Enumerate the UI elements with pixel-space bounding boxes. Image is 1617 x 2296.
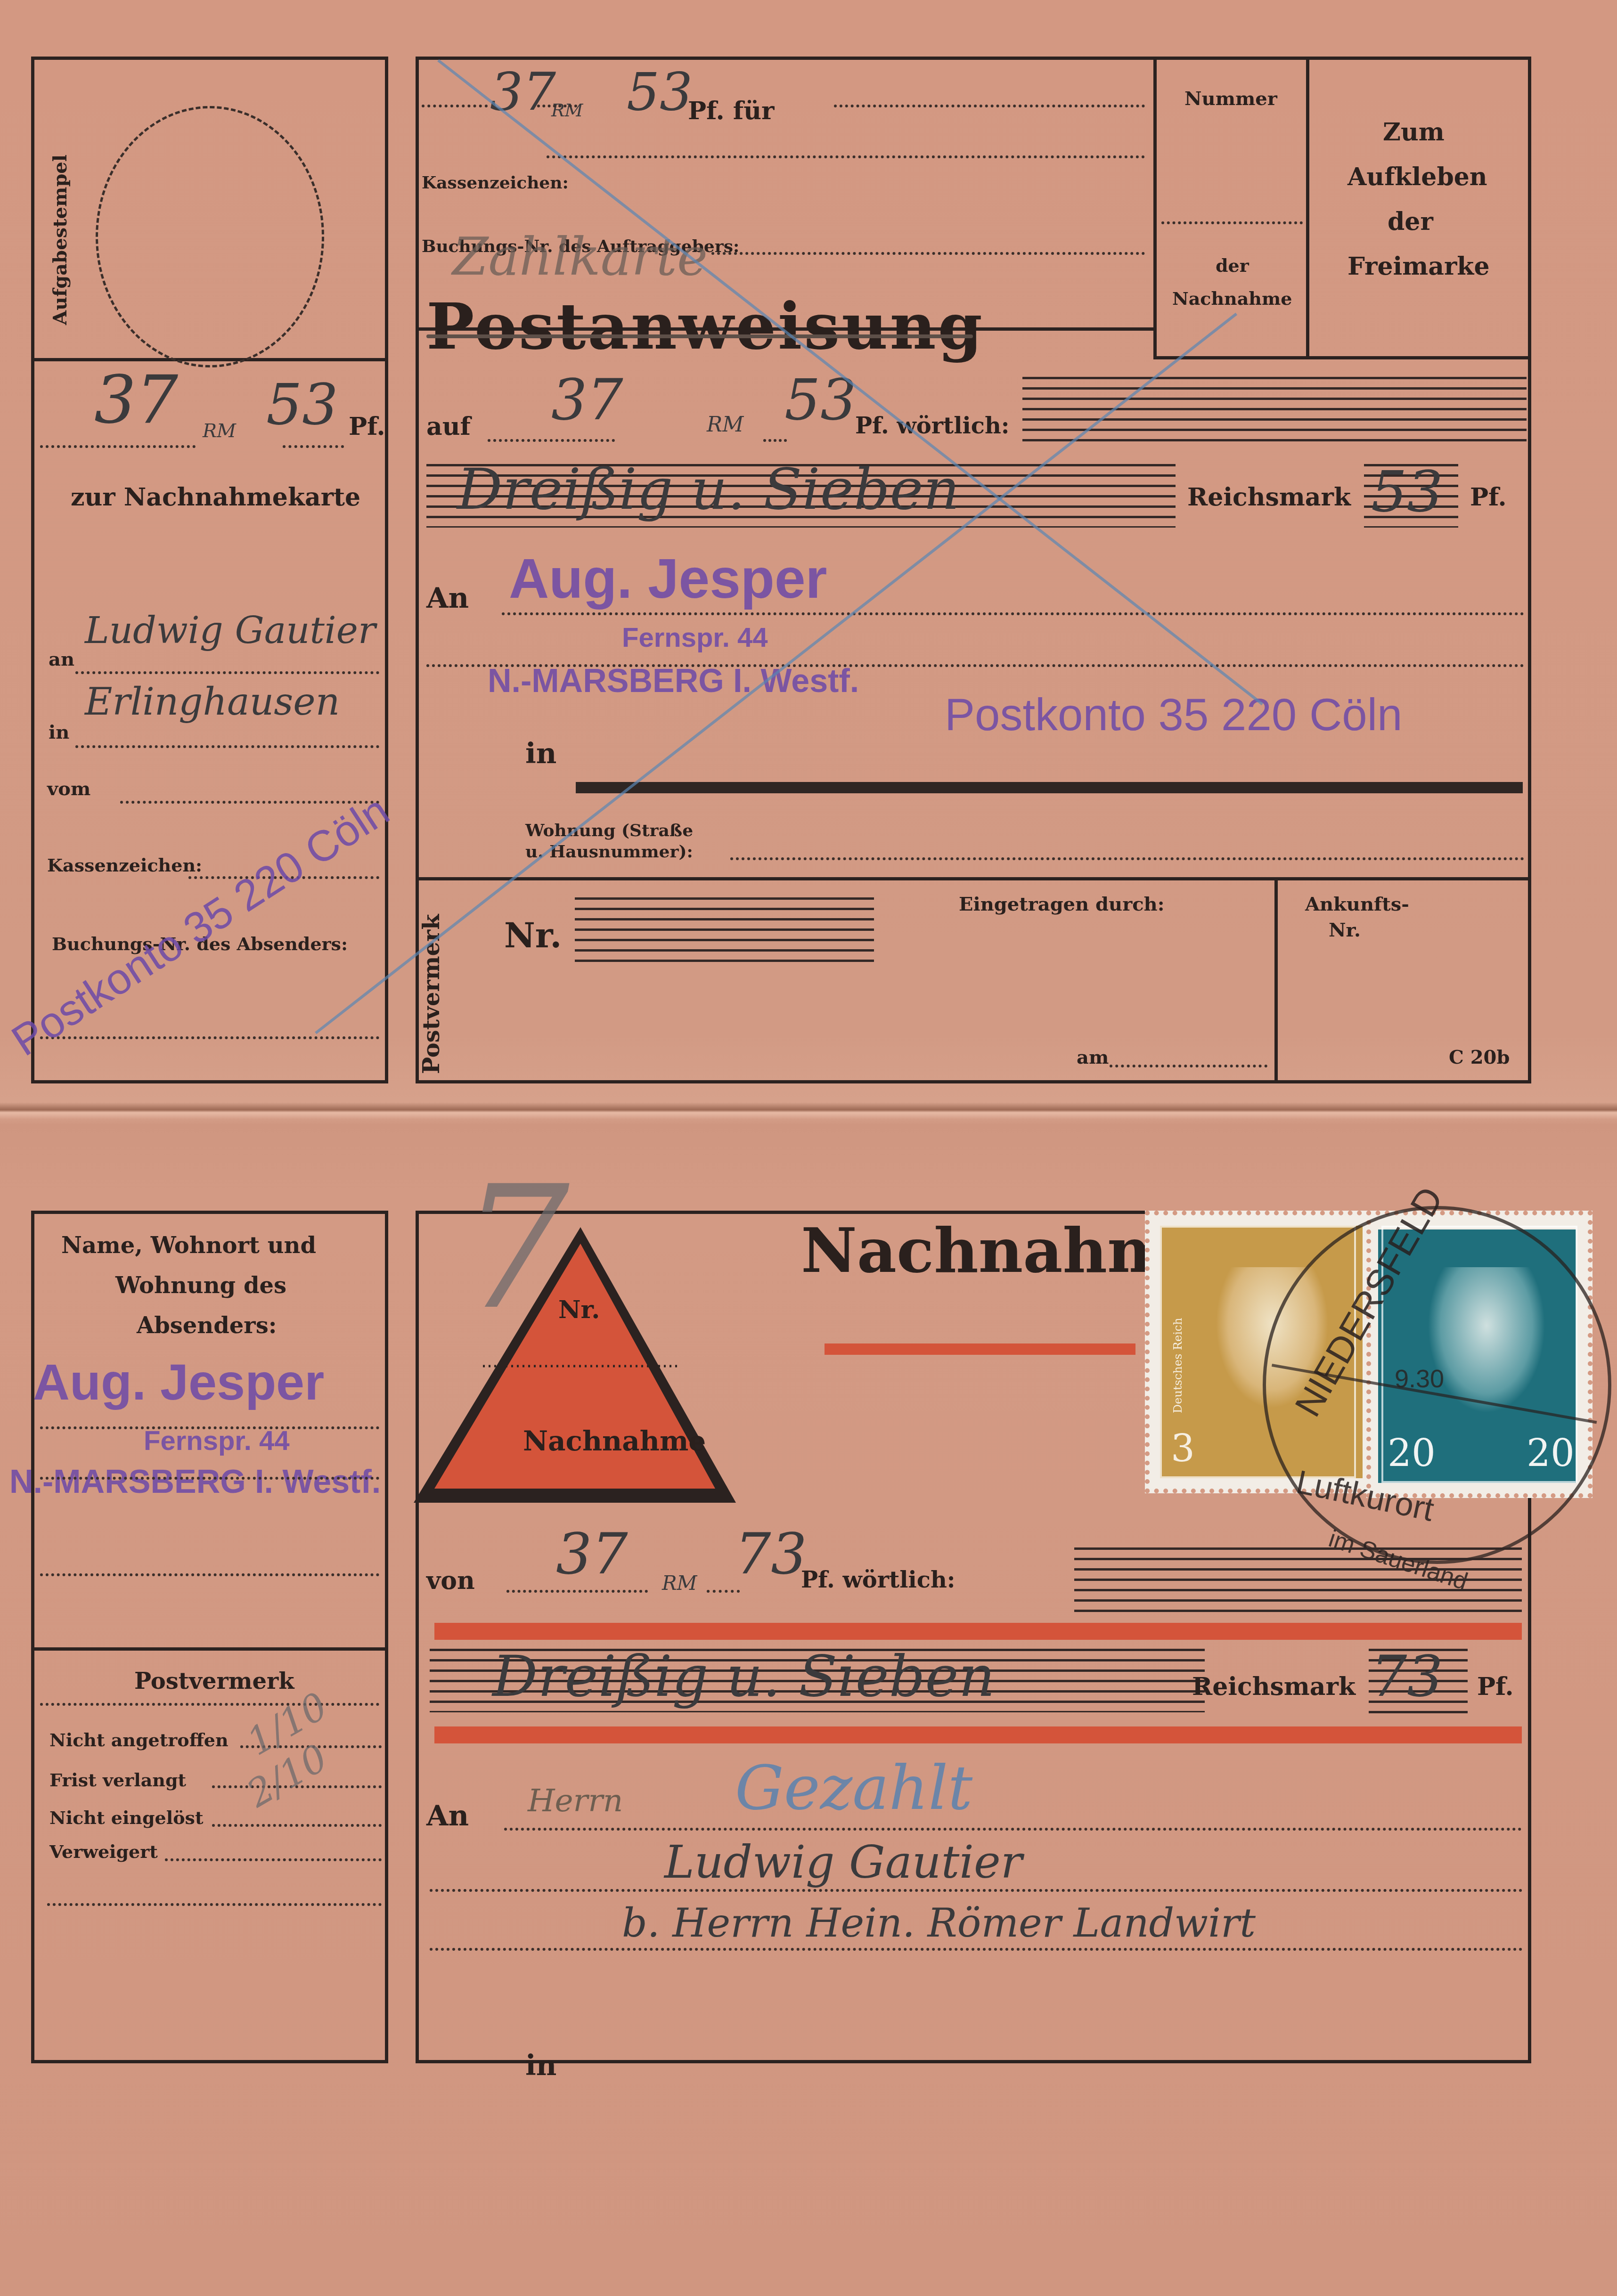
dotted-line xyxy=(40,1573,379,1576)
left-amount-pf: 53 xyxy=(266,377,338,433)
dotted-line xyxy=(730,857,1524,860)
bottom-words-value: Dreißig u. Sieben xyxy=(492,1649,995,1705)
recipient-account-stamp: Postkonto 35 220 Cöln xyxy=(945,692,1402,738)
dotted-line xyxy=(212,1824,382,1827)
form-code-top: C 20b xyxy=(1449,1048,1510,1067)
nachnahme-triangle xyxy=(405,1206,744,1517)
wohnung-label-1: Wohnung (Straße xyxy=(525,822,693,839)
reichsmark-label: Reichsmark xyxy=(1187,485,1351,510)
freimarke-line-1: Zum xyxy=(1383,120,1445,145)
nummer-label: Nummer xyxy=(1184,90,1277,108)
left-amount-rm: 37 xyxy=(94,367,178,433)
red-bar-upper xyxy=(434,1623,1522,1640)
reichsmark-pf-bottom: 73 xyxy=(1371,1649,1443,1705)
main-kassenzeichen-label: Kassenzeichen: xyxy=(422,174,569,191)
addressee-name: Ludwig Gautier xyxy=(664,1840,1022,1885)
dotted-line xyxy=(40,1477,379,1480)
dotted-line xyxy=(422,105,488,107)
freimarke-line-4: Freimarke xyxy=(1347,254,1489,279)
eingetragen-label: Eingetragen durch: xyxy=(959,895,1164,914)
stamp-country-3: Deutsches Reich xyxy=(1172,1318,1184,1413)
dotted-line xyxy=(430,1948,1523,1951)
an-label-main: An xyxy=(426,584,469,612)
der-label: der xyxy=(1216,257,1249,275)
left-kassenzeichen-label: Kassenzeichen: xyxy=(47,856,202,874)
auf-rm: 37 xyxy=(551,372,623,429)
ankunfts-label-2: Nr. xyxy=(1329,921,1361,940)
postanweisung-title: Postanweisung xyxy=(426,294,984,358)
dotted-line xyxy=(1161,221,1303,224)
reichsmark-label-bottom: Reichsmark xyxy=(1192,1675,1356,1699)
auf-rm-label: RM xyxy=(707,415,743,435)
recipient-city-stamp: N.-MARSBERG I. Westf. xyxy=(488,664,859,697)
von-rm-label: RM xyxy=(662,1573,697,1593)
dotted-line xyxy=(834,105,1145,107)
field-label-nicht-angetroffen: Nicht angetroffen xyxy=(49,1731,229,1749)
stamp-value-3: 3 xyxy=(1171,1430,1195,1467)
addressee-care-of: b. Herrn Hein. Römer Landwirt xyxy=(622,1903,1256,1943)
left-in-value: Erlinghausen xyxy=(85,683,340,721)
left-pf-label: Pf. xyxy=(349,415,385,439)
sender-name-stamp: Aug. Jesper xyxy=(33,1357,324,1408)
dotted-line xyxy=(426,664,1524,667)
dotted-line xyxy=(547,155,1145,158)
dotted-line xyxy=(47,1903,382,1906)
hatched-field xyxy=(1022,377,1527,448)
dotted-line xyxy=(40,1036,379,1039)
field-label-verweigert: Verweigert xyxy=(49,1843,158,1861)
dotted-line xyxy=(165,1858,382,1861)
postmark-circle xyxy=(96,106,324,367)
sender-label-1: Name, Wohnort und xyxy=(61,1234,316,1257)
dotted-line xyxy=(430,1889,1523,1892)
postvermerk-title: Postvermerk xyxy=(134,1670,294,1693)
aufgabestempel-label: Aufgabestempel xyxy=(51,155,70,325)
in-label-bottom-visible: in xyxy=(525,2052,556,2080)
nr-label: Nr. xyxy=(504,919,562,953)
reichsmark-pf: 53 xyxy=(1371,464,1443,521)
auf-woertlich-label: Pf. wörtlich: xyxy=(855,415,1010,437)
divider xyxy=(1153,57,1157,358)
dotted-line xyxy=(506,1590,648,1593)
dotted-line xyxy=(488,439,615,442)
dotted-line xyxy=(707,1590,740,1593)
zur-nachnahmekarte-label: zur Nachnahmekarte xyxy=(71,485,360,510)
addressee-prefix: Herrn xyxy=(528,1785,623,1816)
an-label-bottom: An xyxy=(426,1802,469,1830)
freimarke-line-3: der xyxy=(1388,210,1433,234)
in-bar xyxy=(576,782,1523,793)
triangle-nachnahme-label: Nachnahme xyxy=(523,1427,706,1455)
main-amount-pf: 53 xyxy=(627,66,693,118)
left-an-value: Ludwig Gautier xyxy=(85,612,376,649)
von-woertlich-label: Pf. wörtlich: xyxy=(801,1569,955,1591)
dotted-line xyxy=(40,445,196,448)
reichsmark-pf-label-bottom: Pf. xyxy=(1477,1675,1514,1699)
ankunfts-label-1: Ankunfts- xyxy=(1305,895,1409,914)
dotted-line xyxy=(75,745,379,748)
dotted-line xyxy=(120,801,379,804)
auf-label: auf xyxy=(426,415,471,439)
blue-note: Gezahlt xyxy=(735,1757,972,1818)
sender-city-stamp: N.-MARSBERG I. Westf. xyxy=(9,1465,381,1498)
recipient-phone-stamp: Fernspr. 44 xyxy=(622,624,768,651)
dotted-line xyxy=(40,1703,379,1706)
field-label-nicht-eingeloest: Nicht eingelöst xyxy=(49,1809,203,1827)
dotted-line xyxy=(502,612,1524,615)
main-rm-label: RM xyxy=(551,101,583,119)
dotted-line xyxy=(504,1828,1522,1831)
divider xyxy=(1153,356,1531,359)
von-label: von xyxy=(426,1569,475,1593)
am-label: am xyxy=(1077,1048,1109,1067)
handwritten-zahlkarte: Zahlkarte xyxy=(452,231,708,283)
vom-label: vom xyxy=(47,780,90,798)
divider xyxy=(31,1647,388,1651)
left-rm-label: RM xyxy=(203,422,236,440)
wohnung-label-2: u. Hausnummer): xyxy=(525,843,693,860)
reichsmark-pf-label: Pf. xyxy=(1470,485,1507,510)
dotted-line xyxy=(283,445,344,448)
von-pf: 73 xyxy=(735,1526,807,1583)
in-label-main: in xyxy=(525,740,556,768)
sender-phone-stamp: Fernspr. 44 xyxy=(144,1427,289,1455)
nachnahme-label: Nachnahme xyxy=(1172,290,1292,308)
field-label-frist-verlangt: Frist verlangt xyxy=(49,1771,186,1789)
red-bar-lower xyxy=(434,1726,1522,1743)
hatched-field xyxy=(1074,1547,1522,1618)
dotted-line xyxy=(711,252,1145,255)
divider xyxy=(1306,57,1309,358)
divider xyxy=(1274,877,1278,1083)
dotted-line xyxy=(537,105,577,107)
an-label: an xyxy=(49,650,74,669)
pf-fuer-label: Pf. für xyxy=(688,99,774,123)
in-label: in xyxy=(49,723,69,742)
top-words-value: Dreißig u. Sieben xyxy=(457,462,960,518)
freimarke-line-2: Aufkleben xyxy=(1347,165,1487,189)
nr-field xyxy=(575,897,874,968)
von-rm: 37 xyxy=(556,1526,628,1583)
dotted-line xyxy=(1110,1065,1267,1067)
title-underline xyxy=(825,1343,1135,1355)
sender-label-2: Wohnung des xyxy=(115,1274,286,1297)
divider xyxy=(416,877,1531,880)
dotted-line xyxy=(763,439,787,442)
fold-crease xyxy=(0,1102,1617,1119)
triangle-nr-label: Nr. xyxy=(558,1298,600,1322)
sender-label-3: Absenders: xyxy=(137,1314,277,1337)
dotted-line xyxy=(75,671,379,674)
recipient-name-stamp: Aug. Jesper xyxy=(509,551,827,607)
strike-through xyxy=(426,334,973,338)
